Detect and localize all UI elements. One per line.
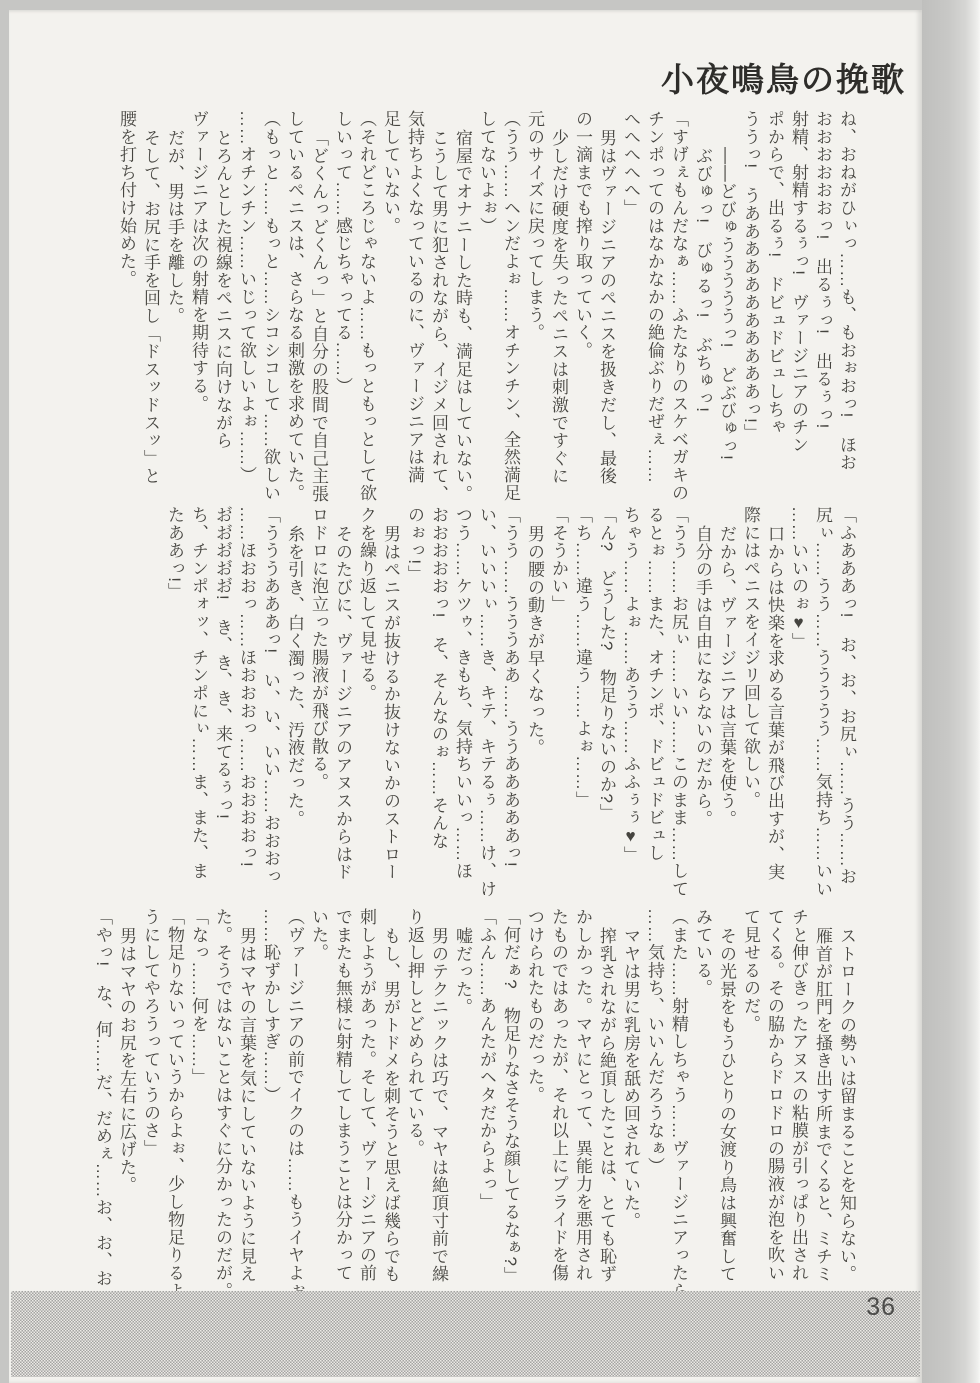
text-column: てくる。その脇からドロドロの腸液が泡を吹い	[762, 908, 786, 1294]
text-column: つけられたものだった。	[522, 908, 546, 1294]
text-column: ぶびゅっ! びゅるっ! ぶちゅっ!	[690, 110, 714, 533]
text-column: 足していない。	[378, 110, 402, 496]
text-column: ……気持ち、いいんだろうなぁ）	[642, 908, 666, 1294]
text-column: みている。	[690, 908, 714, 1294]
text-column: 射精、射精するぅっ! ヴァージニアのチン	[786, 110, 810, 496]
text-column: 際にはペニスをイジリ回して欲しい。	[738, 506, 762, 892]
text-column: 腰を打ち付け始めた。	[114, 110, 138, 496]
text-column: だが、男は手を離した。	[162, 110, 186, 515]
text-column: 糸を引き、白く濁った、汚液だった。	[282, 506, 306, 911]
text-column: 男のテクニックは巧で、マヤは絶頂寸前で繰	[426, 908, 450, 1313]
text-column: 「どくんっどくんっ」と自分の股間で自己主張	[306, 110, 330, 515]
text-column: 「物足りないっていうからよぉ、少し物足りるよ	[162, 908, 186, 1294]
text-column: 「ふん……あんたがヘタだからよっ」	[474, 908, 498, 1294]
text-column: おおおおおっ! そ、そんなのぉ……そんな	[426, 506, 450, 892]
text-column: 元のサイズに戻ってしまう。	[522, 110, 546, 496]
text-column: ……オチンチン……いじって欲しいよぉ……）	[234, 110, 258, 496]
text-column: かしかった。マヤにとって、異能力を悪用され	[570, 908, 594, 1294]
text-block-1: ね、おねがひぃっ……も、もおぉおっ! ほおおおおおおおっ! 出るぅっ! 出るぅっ…	[114, 110, 858, 496]
text-column: 男はペニスが抜けるか抜けないかのストロー	[378, 506, 402, 911]
halftone-footer-band: 36	[11, 1291, 920, 1377]
text-column: だから、ヴァージニアは言葉を使う。	[714, 506, 738, 911]
text-column: チと伸びきったアヌスの粘膜が引っぱり出され	[786, 908, 810, 1294]
text-column: 「すげぇもんだなぁ……ふたなりのスケベガキの	[666, 110, 690, 496]
text-column: ……恥ずかしすぎ……）	[258, 908, 282, 1294]
page-title: 小夜鳴鳥の挽歌	[661, 54, 906, 101]
text-column: 「やっ! な、何……だ、だめぇ……お、お、お	[90, 908, 114, 1294]
text-column: へへへへへ」	[618, 110, 642, 496]
text-column: でまたも無様に射精してしまうことは分かって	[330, 908, 354, 1294]
text-column: ――どびゅうううううっ! どぶびゅっ!	[714, 110, 738, 533]
text-column: 自分の手は自由にならないのだから。	[690, 506, 714, 911]
text-column: とろんとした視線をペニスに向けながら	[210, 110, 234, 515]
text-column: しいって……感じちゃってる……）	[330, 110, 354, 496]
text-column: 雁首が肛門を搔き出す所までくると、ミチミ	[810, 908, 834, 1313]
text-column: 男の腰の動きが早くなった。	[522, 506, 546, 911]
text-column: いた。	[306, 908, 330, 1294]
text-column: 「ち……違う……違う……よぉ……」	[570, 506, 594, 892]
text-column: うにしてやろうっていうのさ」	[138, 908, 162, 1294]
text-column: の一滴までも搾り取っていく。	[570, 110, 594, 496]
text-column: しているペニスは、さらなる刺激を求めていた。	[282, 110, 306, 496]
text-block-3: ストロークの勢いは留まることを知らない。雁首が肛門を搔き出す所までくると、ミチミ…	[90, 908, 858, 1294]
text-column: ヴァージニアは次の射精を期待する。	[186, 110, 210, 496]
text-column: おおおおおおっ! 出るぅっ! 出るぅっ!	[810, 110, 834, 496]
text-column: 男はマヤの言葉を気にしていないように見え	[234, 908, 258, 1313]
text-column: 「そうかい」	[546, 506, 570, 892]
text-column: 男はマヤのお尻を左右に広げた。	[114, 908, 138, 1313]
text-column: のぉっ!」	[402, 506, 426, 892]
text-column: 「なっ……何を……」	[186, 908, 210, 1294]
text-column: もし、男がトドメを刺そうと思えば幾らでも	[378, 908, 402, 1313]
text-column: 「うう……お尻ぃ……いい……このまま……して	[666, 506, 690, 892]
scanned-page: 小夜鳴鳥の挽歌 ね、おねがひぃっ……も、もおぉおっ! ほおおおおおおおっ! 出る…	[9, 10, 922, 1383]
text-column: （また……射精しちゃう……ヴァージニアったら	[666, 908, 690, 1294]
text-column: マヤは男に乳房を舐め回されていた。	[618, 908, 642, 1313]
text-column: （うう……ヘンだよぉ……オチンチン、全然満足	[498, 110, 522, 496]
text-column: お゙お゙お゙お゙お゙! き、き、き、来てるぅっ!	[210, 506, 234, 892]
text-column: 嘘だった。	[450, 908, 474, 1313]
text-column: ち、チンポォッ、チンポにぃ……ま、また、ま	[186, 506, 210, 892]
text-column: （もっと……もっと……シコシコして……欲しい	[258, 110, 282, 496]
text-column: してないよぉ）	[474, 110, 498, 496]
text-column: 「ん? どうした? 物足りないのか?」	[594, 506, 618, 892]
text-column: るとぉ……また、オチンポ、ドビュドビュし	[642, 506, 666, 892]
text-column: り返し押しとどめられている。	[402, 908, 426, 1294]
scan-edge	[922, 0, 980, 1383]
text-column: その光景をもうひとりの女渡り鳥は興奮して	[714, 908, 738, 1313]
text-column: 口からは快楽を求める言葉が飛び出すが、実	[762, 506, 786, 911]
text-column: 「ふあああっ! お、お、お尻ぃ……うう……お	[834, 506, 858, 892]
text-column: （それどころじゃないよ……もっともっとして欲	[354, 110, 378, 496]
text-column: ううっ! うあああああああああああっ!」	[738, 110, 762, 496]
text-column: つう……ケツゥ、きもち、気持ちいいっ……ほ	[450, 506, 474, 892]
text-column: そのたびに、ヴァージニアのアヌスからはド	[330, 506, 354, 911]
text-column: ね、おねがひぃっ……も、もおぉおっ! ほお	[834, 110, 858, 496]
text-column: た。そうではないことはすぐに分かったのだが。	[210, 908, 234, 1294]
text-column: こうして男に犯されながら、イジメ回されて、	[426, 110, 450, 515]
text-column: たああっ!」	[162, 506, 186, 892]
text-column: ポからで、出るぅ! ドビュドビュしちゃ	[762, 110, 786, 496]
text-column: 男はヴァージニアのペニスを扱きだし、最後	[594, 110, 618, 515]
text-column: 少しだけ硬度を失ったペニスは刺激ですぐに	[546, 110, 570, 515]
text-column: 「うう……うううああ……ううあああああっ!	[498, 506, 522, 892]
page-number: 36	[866, 1293, 896, 1322]
text-column: （ヴァージニアの前でイクのは……もうイヤよぉ	[282, 908, 306, 1294]
text-column: ロドロに泡立った腸液が飛び散る。	[306, 506, 330, 892]
text-column: 尻ぃ……うう……ううううう……気持ち……いい	[810, 506, 834, 892]
text-block-2: 「ふあああっ! お、お、お尻ぃ……うう……お尻ぃ……うう……ううううう……気持ち…	[162, 506, 858, 892]
text-column: ……ほおおっ……ほおおおっ……おおおおっ!	[234, 506, 258, 892]
text-column: ……いいのぉ♥」	[786, 506, 810, 892]
text-column: そして、お尻に手を回し「ドスッドスッ」と	[138, 110, 162, 515]
text-column: たものではあったが、それ以上にプライドを傷	[546, 908, 570, 1294]
text-column: 刺しようがあった。そして、ヴァージニアの前	[354, 908, 378, 1294]
text-column: 気持ちよくなっているのに、ヴァージニアは満	[402, 110, 426, 496]
text-column: 「何だぁ? 物足りなさそうな顔してるなぁ?」	[498, 908, 522, 1294]
text-column: ちゃう……よぉ……あうう……ふふぅぅ♥」	[618, 506, 642, 892]
text-column: 宿屋でオナニーした時も、満足はしていない。	[450, 110, 474, 515]
text-column: ストロークの勢いは留まることを知らない。	[834, 908, 858, 1313]
text-column: い、いいいぃ……き、キテ、キテるぅ……け、け	[474, 506, 498, 892]
text-column: 「うううあああっ! い、い、いい……おおおっ	[258, 506, 282, 892]
text-column: て見せるのだ。	[738, 908, 762, 1294]
text-column: 搾乳されながら絶頂したことは、とても恥ず	[594, 908, 618, 1313]
text-column: クを繰り返して見せる。	[354, 506, 378, 892]
text-column: チンポってのはなかなかの絶倫ぶりだぜぇ……	[642, 110, 666, 496]
